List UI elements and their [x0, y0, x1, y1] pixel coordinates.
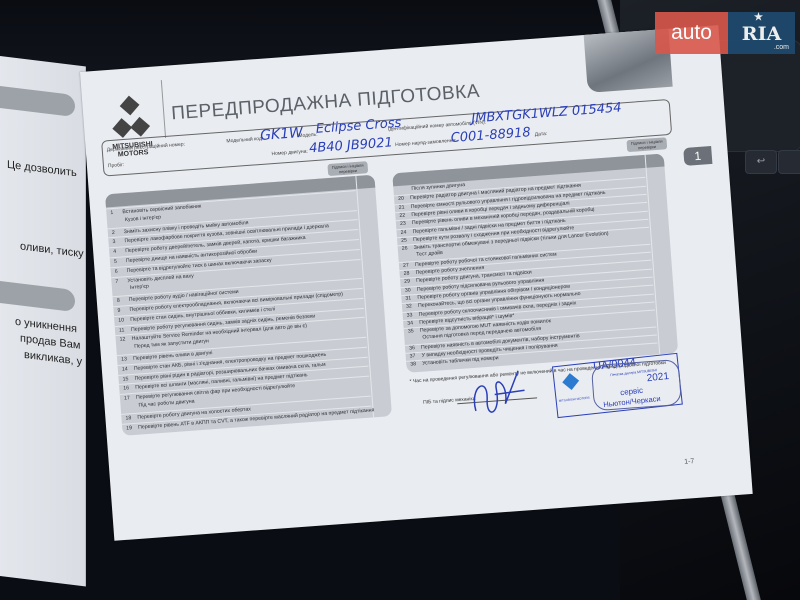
left-booklet-page: Це дозволить оливи, тиску о уникнення пр… — [0, 53, 86, 586]
model-code-value: GK1W — [260, 125, 304, 144]
stamp-brand: MITSUBISHI MOTORS — [559, 396, 590, 403]
watermark-ria: ★ RIA .com — [728, 12, 795, 54]
watermark-domain: .com — [774, 44, 789, 52]
row-number: 12 — [119, 335, 132, 345]
left-page-text: оливи, тиску — [20, 240, 84, 260]
row-number: 26 — [402, 245, 415, 253]
divider — [161, 80, 166, 138]
row-number: 19 — [126, 423, 139, 433]
check-column-header: Підписи і ініціали перевірки — [626, 137, 667, 152]
row-number: 17 — [124, 394, 137, 404]
signature-scribble — [463, 362, 537, 427]
watermark-ria-text: RIA — [742, 23, 781, 45]
engine-number-label: Номер двигуна: — [271, 149, 308, 158]
left-checklist-table: 1Встановіть сервісний запобіжникКузов і … — [105, 175, 392, 436]
left-page-text: викликав, у — [24, 349, 82, 368]
reg-number-label: Державний реєстраційний номер: — [107, 142, 186, 154]
row-number: 35 — [408, 328, 421, 336]
vin-value: JMBXTGK1WLZ 015454 — [471, 100, 622, 126]
date-label: Дата: — [535, 131, 548, 138]
page-number: 1-7 — [684, 458, 695, 466]
model-code-label: Модельний код: — [226, 136, 263, 145]
right-checklist-table: Після зупинки двигуна20Перевірте радіато… — [392, 153, 678, 372]
service-booklet-page: MITSUBISHI MOTORS ПЕРЕДПРОДАЖНА ПІДГОТОВ… — [80, 25, 753, 541]
order-number-value: C001-88918 — [450, 125, 531, 146]
autoria-watermark: auto ★ RIA .com — [655, 12, 795, 54]
check-column-header: Підписи і ініціали перевірки — [327, 161, 368, 176]
row-number: 38 — [410, 361, 423, 369]
round-stamp — [591, 359, 682, 411]
section-heading: Кузов і інтер'єр — [125, 214, 162, 223]
back-button-icon: ↩ — [745, 150, 777, 174]
stamp-logo-icon — [562, 373, 579, 390]
row-number: 1 — [110, 208, 123, 218]
mileage-label: Пробіг: — [108, 162, 125, 169]
console-button — [778, 150, 800, 174]
section-tab: 1 — [683, 146, 712, 166]
watermark-auto: auto — [655, 12, 728, 54]
row-number: 7 — [115, 277, 128, 287]
left-page-text: Це дозволить — [7, 159, 77, 180]
star-icon: ★ — [754, 13, 763, 23]
section-bar — [0, 83, 75, 117]
model-label: Модель: — [298, 132, 318, 139]
order-number-label: Номер наряд-замовлення: — [395, 138, 457, 148]
engine-number-value: 4B40 JB9021 — [309, 135, 394, 156]
row-text: Установіть дисплей на ваху — [127, 273, 194, 284]
section-heading: Тест драйв — [416, 250, 443, 258]
section-heading: Інтер'єр — [130, 284, 149, 291]
section-bar — [0, 278, 75, 312]
mitsubishi-logo: MITSUBISHI MOTORS — [100, 96, 160, 100]
